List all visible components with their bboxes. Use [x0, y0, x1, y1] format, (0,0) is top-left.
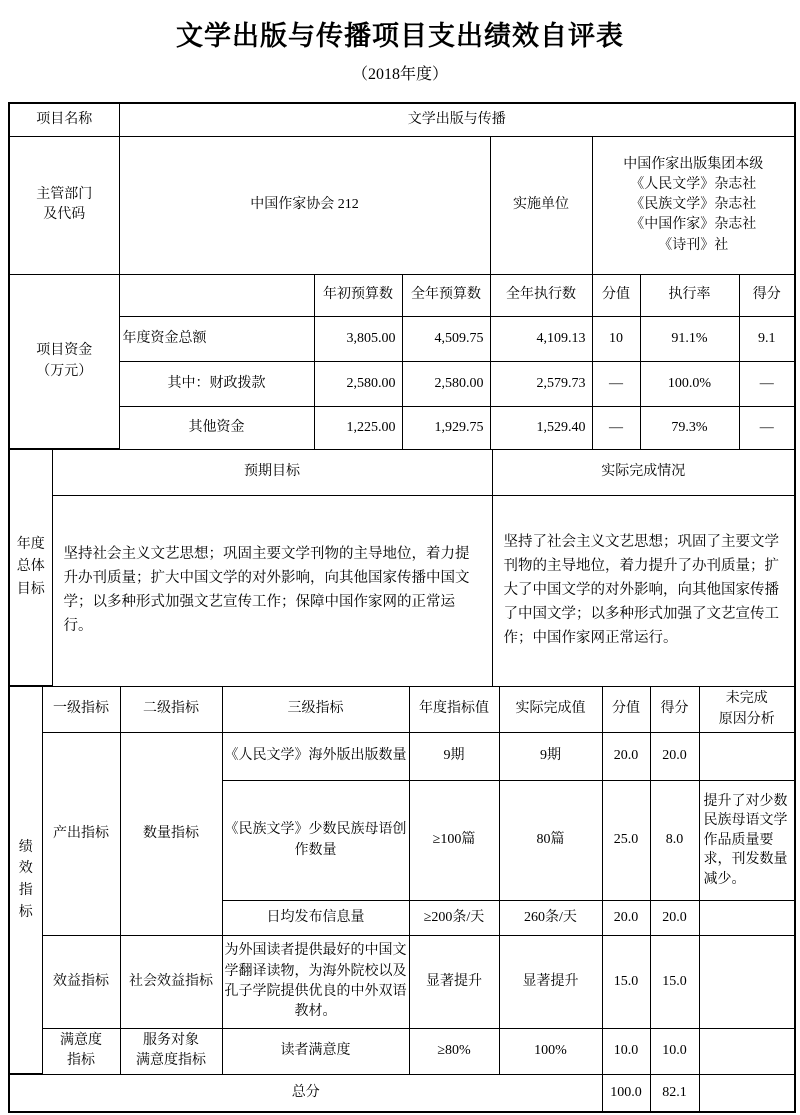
indicator-daily-actual: 260条/天: [499, 901, 602, 936]
funds-other-label: 其他资金: [119, 407, 314, 449]
form-year-subtitle: （2018年度）: [0, 61, 800, 84]
funds-other-execution-rate: 79.3%: [640, 407, 739, 449]
funds-col-initial: 年初预算数: [314, 275, 402, 317]
indicators-col-level3: 三级指标: [222, 687, 409, 733]
indicator-row-benefit: 效益指标 社会效益指标 为外国读者提供最好的中国文学翻译读物，为海外院校以及孔子…: [10, 936, 794, 1029]
funds-row-total: 年度资金总额 3,805.00 4,509.75 4,109.13 10 91.…: [10, 317, 794, 362]
total-score-row: 总分 100.0 82.1: [10, 1075, 794, 1111]
funds-col-full-year: 全年预算数: [402, 275, 490, 317]
indicator-satisfaction-reason: [699, 1029, 794, 1074]
indicator-level2-social: 社会效益指标: [120, 936, 222, 1029]
funds-col-score-value: 分值: [592, 275, 640, 317]
annual-goal-section-table: 年度总体目标 预期目标 实际完成情况 坚持社会主义文艺思想；巩固主要文学刊物的主…: [10, 449, 794, 686]
actual-completion-label: 实际完成情况: [492, 450, 794, 496]
funds-other-full-year: 1,929.75: [402, 407, 490, 449]
indicators-col-level2: 二级指标: [120, 687, 222, 733]
indicator-benefit-actual: 显著提升: [499, 936, 602, 1029]
funds-total-initial: 3,805.00: [314, 317, 402, 362]
indicator-daily-score-value: 20.0: [602, 901, 650, 936]
funds-section-label: 项目资金 （万元）: [10, 275, 119, 449]
funds-other-score: —: [739, 407, 794, 449]
indicator-renmin-level3: 《人民文学》海外版出版数量: [222, 733, 409, 781]
annual-goal-section-label: 年度总体目标: [10, 450, 52, 686]
funds-fiscal-label: 其中：财政拨款: [119, 362, 314, 407]
total-score-reason: [699, 1075, 794, 1111]
annual-goal-section-label-text: 年度总体目标: [17, 534, 45, 601]
indicators-col-score: 得分: [650, 687, 699, 733]
funds-section-table: 项目资金 （万元） 年初预算数 全年预算数 全年执行数 分值 执行率 得分 年度…: [10, 274, 794, 449]
department-row: 主管部门 及代码 中国作家协会 212 实施单位 中国作家出版集团本级 《人民文…: [10, 136, 794, 274]
indicator-benefit-target: 显著提升: [409, 936, 499, 1029]
expected-goal-text: 坚持社会主义文艺思想；巩固主要文学刊物的主导地位，着力提升办刊质量；扩大中国文学…: [52, 496, 492, 686]
funds-total-score: 9.1: [739, 317, 794, 362]
indicator-renmin-score-value: 20.0: [602, 733, 650, 781]
indicator-satisfaction-score-value: 10.0: [602, 1029, 650, 1074]
funds-row-fiscal: 其中：财政拨款 2,580.00 2,580.00 2,579.73 — 100…: [10, 362, 794, 407]
total-score-label: 总分: [10, 1075, 602, 1111]
funds-header-row: 项目资金 （万元） 年初预算数 全年预算数 全年执行数 分值 执行率 得分: [10, 275, 794, 317]
indicator-satisfaction-score: 10.0: [650, 1029, 699, 1074]
department-value: 中国作家协会 212: [119, 136, 490, 274]
indicator-benefit-level3: 为外国读者提供最好的中国文学翻译读物，为海外院校以及孔子学院提供优良的中外双语教…: [222, 936, 409, 1029]
department-label: 主管部门 及代码: [10, 136, 119, 274]
indicator-benefit-reason: [699, 936, 794, 1029]
total-score-table: 总分 100.0 82.1: [10, 1074, 794, 1111]
indicators-col-target: 年度指标值: [409, 687, 499, 733]
indicator-level1-benefit: 效益指标: [42, 936, 120, 1029]
indicator-satisfaction-level3: 读者满意度: [222, 1029, 409, 1074]
indicator-daily-target: ≥200条/天: [409, 901, 499, 936]
self-evaluation-form: 项目名称 文学出版与传播 主管部门 及代码 中国作家协会 212 实施单位 中国…: [8, 102, 796, 1113]
indicators-header-row: 绩效指标 一级指标 二级指标 三级指标 年度指标值 实际完成值 分值 得分 未完…: [10, 687, 794, 733]
indicators-col-score-value: 分值: [602, 687, 650, 733]
funds-row-other: 其他资金 1,225.00 1,929.75 1,529.40 — 79.3% …: [10, 407, 794, 449]
indicators-col-level1: 一级指标: [42, 687, 120, 733]
indicators-section-label-text: 绩效指标: [19, 837, 33, 924]
indicator-level1-output: 产出指标: [42, 733, 120, 936]
funds-other-score-value: —: [592, 407, 640, 449]
indicator-minzu-score: 8.0: [650, 781, 699, 901]
indicator-daily-reason: [699, 901, 794, 936]
indicator-minzu-level3: 《民族文学》少数民族母语创作数量: [222, 781, 409, 901]
funds-total-execution-rate: 91.1%: [640, 317, 739, 362]
annual-goal-header-row: 年度总体目标 预期目标 实际完成情况: [10, 450, 794, 496]
funds-total-executed: 4,109.13: [490, 317, 592, 362]
project-name-value: 文学出版与传播: [119, 104, 794, 136]
implementing-unit-value: 中国作家出版集团本级 《人民文学》杂志社 《民族文学》杂志社 《中国作家》杂志社…: [592, 136, 794, 274]
total-score-value: 100.0: [602, 1075, 650, 1111]
indicator-row-satisfaction: 满意度 指标 服务对象 满意度指标 读者满意度 ≥80% 100% 10.0 1…: [10, 1029, 794, 1074]
indicators-col-reason: 未完成 原因分析: [699, 687, 794, 733]
total-score: 82.1: [650, 1075, 699, 1111]
funds-fiscal-score-value: —: [592, 362, 640, 407]
indicator-renmin-score: 20.0: [650, 733, 699, 781]
funds-col-executed: 全年执行数: [490, 275, 592, 317]
expected-goal-label: 预期目标: [52, 450, 492, 496]
indicator-minzu-actual: 80篇: [499, 781, 602, 901]
funds-empty-header-cell: [119, 275, 314, 317]
indicator-row-renmin: 产出指标 数量指标 《人民文学》海外版出版数量 9期 9期 20.0 20.0: [10, 733, 794, 781]
annual-goal-content-row: 坚持社会主义文艺思想；巩固主要文学刊物的主导地位，着力提升办刊质量；扩大中国文学…: [10, 496, 794, 686]
indicator-renmin-target: 9期: [409, 733, 499, 781]
funds-fiscal-initial: 2,580.00: [314, 362, 402, 407]
funds-fiscal-full-year: 2,580.00: [402, 362, 490, 407]
indicator-benefit-score: 15.0: [650, 936, 699, 1029]
funds-col-execution-rate: 执行率: [640, 275, 739, 317]
funds-other-executed: 1,529.40: [490, 407, 592, 449]
funds-fiscal-executed: 2,579.73: [490, 362, 592, 407]
funds-total-full-year: 4,509.75: [402, 317, 490, 362]
funds-fiscal-execution-rate: 100.0%: [640, 362, 739, 407]
indicator-minzu-score-value: 25.0: [602, 781, 650, 901]
indicator-level2-service: 服务对象 满意度指标: [120, 1029, 222, 1074]
indicator-satisfaction-actual: 100%: [499, 1029, 602, 1074]
indicator-minzu-target: ≥100篇: [409, 781, 499, 901]
indicator-daily-score: 20.0: [650, 901, 699, 936]
funds-total-score-value: 10: [592, 317, 640, 362]
funds-fiscal-score: —: [739, 362, 794, 407]
project-name-row: 项目名称 文学出版与传播: [10, 104, 794, 136]
funds-other-initial: 1,225.00: [314, 407, 402, 449]
indicator-renmin-reason: [699, 733, 794, 781]
implementing-unit-label: 实施单位: [490, 136, 592, 274]
form-title: 文学出版与传播项目支出绩效自评表: [0, 14, 800, 53]
funds-total-label: 年度资金总额: [119, 317, 314, 362]
project-name-label: 项目名称: [10, 104, 119, 136]
indicator-level2-quantity: 数量指标: [120, 733, 222, 936]
header-section-table: 项目名称 文学出版与传播 主管部门 及代码 中国作家协会 212 实施单位 中国…: [10, 104, 794, 274]
indicator-renmin-actual: 9期: [499, 733, 602, 781]
indicator-minzu-reason: 提升了对少数民族母语文学作品质量要求，刊发数量减少。: [699, 781, 794, 901]
indicators-section-label: 绩效指标: [10, 687, 42, 1074]
indicator-satisfaction-target: ≥80%: [409, 1029, 499, 1074]
indicator-level1-satisfaction: 满意度 指标: [42, 1029, 120, 1074]
funds-col-score: 得分: [739, 275, 794, 317]
indicators-section-table: 绩效指标 一级指标 二级指标 三级指标 年度指标值 实际完成值 分值 得分 未完…: [10, 686, 794, 1074]
indicators-col-actual: 实际完成值: [499, 687, 602, 733]
indicator-daily-level3: 日均发布信息量: [222, 901, 409, 936]
indicator-benefit-score-value: 15.0: [602, 936, 650, 1029]
actual-completion-text: 坚持了社会主义文艺思想；巩固了主要文学刊物的主导地位，着力提升了办刊质量；扩大了…: [492, 496, 794, 686]
